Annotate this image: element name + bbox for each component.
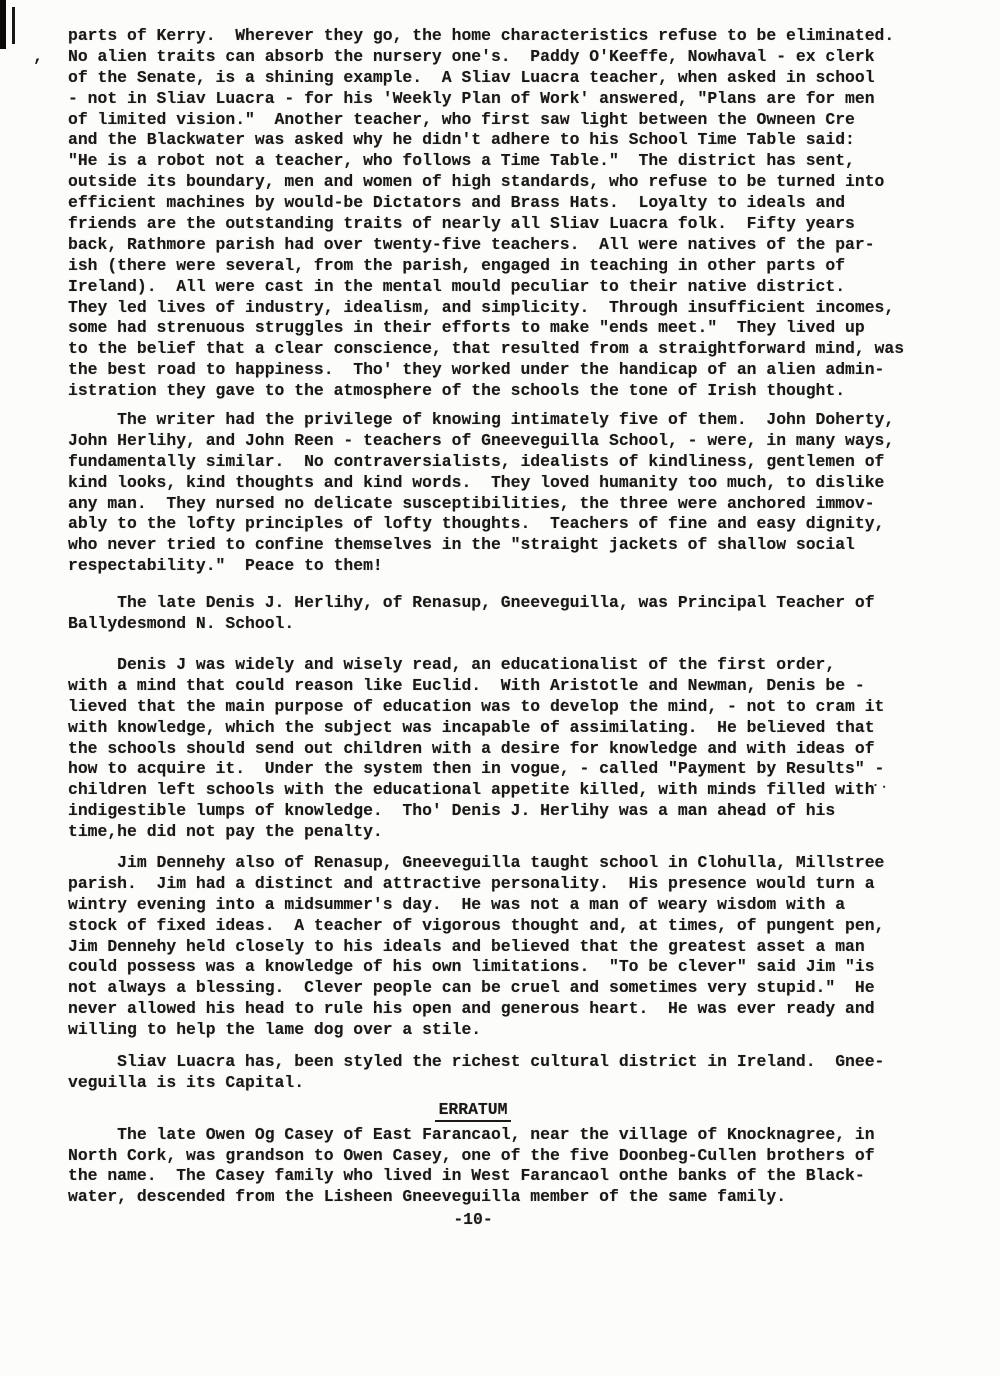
- text-line: veguilla is its Capital.: [68, 1073, 944, 1094]
- paragraph-denis-herlihy-intro: The late Denis J. Herlihy, of Renasup, G…: [68, 593, 944, 635]
- text-line: to the belief that a clear conscience, t…: [68, 339, 944, 360]
- text-line: wintry evening into a midsummer's day. H…: [68, 895, 944, 916]
- text-line: never allowed his head to rule his open …: [68, 999, 944, 1020]
- text-line: of limited vision." Another teacher, who…: [68, 110, 944, 131]
- text-line: fundamentally similar. No contraversiali…: [68, 452, 944, 473]
- paragraph-kerry-teachers: parts of Kerry. Wherever they go, the ho…: [68, 26, 944, 402]
- text-line: Ireland). All were cast in the mental mo…: [68, 277, 944, 298]
- text-line: back, Rathmore parish had over twenty-fi…: [68, 235, 944, 256]
- paragraph-sliav-luacra-capital: Sliav Luacra has, been styled the riches…: [68, 1052, 944, 1094]
- text-line: could possess was a knowledge of his own…: [68, 957, 944, 978]
- text-line: the schools should send out children wit…: [68, 739, 944, 760]
- text-line: respectability." Peace to them!: [68, 556, 944, 577]
- text-line: The writer had the privilege of knowing …: [68, 410, 944, 431]
- text-line: the name. The Casey family who lived in …: [68, 1166, 944, 1187]
- paragraph-denis-educationalist: Denis J was widely and wisely read, an e…: [68, 655, 944, 843]
- text-line: friends are the outstanding traits of ne…: [68, 214, 944, 235]
- text-line: outside its boundary, men and women of h…: [68, 172, 944, 193]
- text-line: willing to help the lame dog over a stil…: [68, 1020, 944, 1041]
- text-line: Denis J was widely and wisely read, an e…: [68, 655, 944, 676]
- text-line: No alien traits can absorb the nursery o…: [68, 47, 944, 68]
- text-line: lieved that the main purpose of educatio…: [68, 697, 944, 718]
- paragraph-erratum-casey: The late Owen Og Casey of East Farancaol…: [68, 1125, 944, 1209]
- paragraph-five-teachers: The writer had the privilege of knowing …: [68, 410, 944, 577]
- text-line: John Herlihy, and John Reen - teachers o…: [68, 431, 944, 452]
- text-line: with a mind that could reason like Eucli…: [68, 676, 944, 697]
- erratum-heading-text: ERRATUM: [435, 1100, 512, 1122]
- text-line: The late Owen Og Casey of East Farancaol…: [68, 1125, 944, 1146]
- text-line: some had strenuous struggles in their ef…: [68, 318, 944, 339]
- text-line: stock of fixed ideas. A teacher of vigor…: [68, 916, 944, 937]
- document-blocks: parts of Kerry. Wherever they go, the ho…: [68, 26, 944, 1208]
- text-line: The late Denis J. Herlihy, of Renasup, G…: [68, 593, 944, 614]
- text-line: not always a blessing. Clever people can…: [68, 978, 944, 999]
- page-number: -10-: [68, 1210, 878, 1231]
- text-line: who never tried to confine themselves in…: [68, 535, 944, 556]
- text-line: Jim Dennehy also of Renasup, Gneeveguill…: [68, 853, 944, 874]
- text-line: of the Senate, is a shining example. A S…: [68, 68, 944, 89]
- text-line: the best road to happiness. Tho' they wo…: [68, 360, 944, 381]
- text-line: efficient machines by would-be Dictators…: [68, 193, 944, 214]
- paragraph-jim-dennehy: Jim Dennehy also of Renasup, Gneeveguill…: [68, 853, 944, 1041]
- text-line: time,he did not pay the penalty.: [68, 822, 944, 843]
- text-line: indigestible lumps of knowledge. Tho' De…: [68, 801, 944, 822]
- text-line: North Cork, was grandson to Owen Casey, …: [68, 1146, 944, 1167]
- text-line: water, descended from the Lisheen Gneeve…: [68, 1187, 944, 1208]
- typewritten-page-body: parts of Kerry. Wherever they go, the ho…: [0, 0, 1000, 1231]
- text-line: parts of Kerry. Wherever they go, the ho…: [68, 26, 944, 47]
- text-line: Sliav Luacra has, been styled the riches…: [68, 1052, 944, 1073]
- text-line: kind looks, kind thoughts and kind words…: [68, 473, 944, 494]
- text-line: and the Blackwater was asked why he didn…: [68, 130, 944, 151]
- text-line: "He is a robot not a teacher, who follow…: [68, 151, 944, 172]
- text-line: Ballydesmond N. School.: [68, 614, 944, 635]
- text-line: Jim Dennehy held closely to his ideals a…: [68, 937, 944, 958]
- text-line: - not in Sliav Luacra - for his 'Weekly …: [68, 89, 944, 110]
- text-line: ably to the lofty principles of lofty th…: [68, 514, 944, 535]
- text-line: ish (there were several, from the parish…: [68, 256, 944, 277]
- text-line: They led lives of industry, idealism, an…: [68, 298, 944, 319]
- text-line: parish. Jim had a distinct and attractiv…: [68, 874, 944, 895]
- text-line: how to acquire it. Under the system then…: [68, 759, 944, 780]
- erratum-heading: ERRATUM: [68, 1100, 878, 1121]
- text-line: children left schools with the education…: [68, 780, 944, 801]
- text-line: istration they gave to the atmosphere of…: [68, 381, 944, 402]
- text-line: with knowledge, which the subject was in…: [68, 718, 944, 739]
- text-line: any man. They nursed no delicate suscept…: [68, 494, 944, 515]
